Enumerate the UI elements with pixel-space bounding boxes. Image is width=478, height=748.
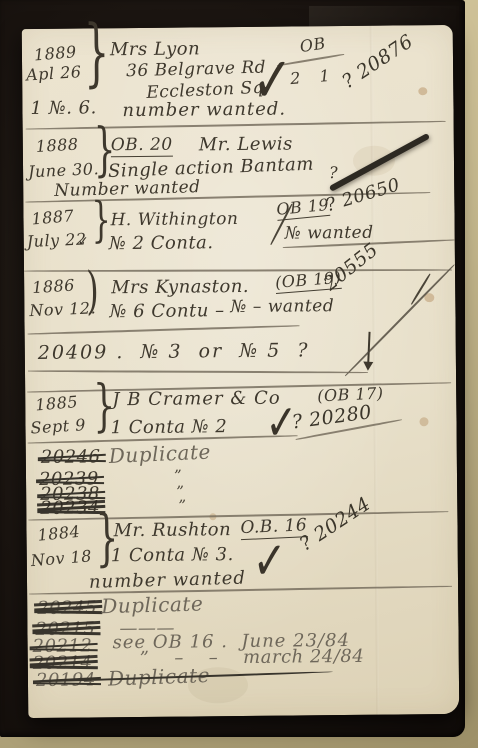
ruled-line <box>26 120 446 129</box>
entry-1884-description: 1 Conta № 3. <box>111 545 234 566</box>
query-row-text: 20409 . № 3 or № 5 ? <box>38 340 310 363</box>
struck-number: 20234 <box>40 498 100 518</box>
entry-1884-year: 1884 <box>37 523 81 545</box>
entry-1886-description: № 6 Contu – <box>109 301 224 322</box>
entry-1889-item-line: 1 №. 6. <box>30 98 97 118</box>
entry-1886-year: 1886 <box>32 276 76 296</box>
entry-1884-date: Nov 18 <box>30 547 92 569</box>
entry-1885-name: J B Cramer & Co <box>112 389 281 410</box>
entry-1889-catalog-denominator: 2 1 <box>290 66 338 87</box>
photograph-of-manuscript: 1889 Apl 26 } Mrs Lyon 36 Belgrave Rd Ec… <box>0 0 478 748</box>
duplicate-label: Duplicate <box>101 592 204 617</box>
brace-icon: } <box>84 11 110 96</box>
entry-1887-description: № 2 Conta. <box>109 233 214 254</box>
entry-1889-ref-number: ? 20876 <box>339 31 417 93</box>
duplicate-label: Duplicate <box>108 441 211 468</box>
checkmark-icon: ✓ <box>252 530 287 593</box>
entry-1886-ref-number: 20555 <box>320 239 382 295</box>
diagonal-stroke <box>344 264 454 376</box>
stain <box>418 87 427 95</box>
entry-1888-catalog: OB. 20 <box>111 136 173 157</box>
entry-1888-year: 1888 <box>35 135 79 155</box>
entry-1885-date: Sept 9 <box>30 416 86 437</box>
ruled-line <box>28 325 300 335</box>
entry-1887-year: 1887 <box>31 207 75 228</box>
entry-1889-year: 1889 <box>33 43 77 64</box>
entry-1887-catalog: OB 19 <box>276 196 330 221</box>
brace-icon: ) <box>86 260 99 321</box>
entry-1885-year: 1885 <box>35 393 79 414</box>
entry-1888-name: Mr. Lewis <box>199 134 293 155</box>
entry-1887-name: H. Withington <box>110 210 238 230</box>
small-tick-icon: ✓ <box>78 234 89 249</box>
entry-1889-date: Apl 26 <box>26 63 82 84</box>
entry-1888-description: Single action Bantam <box>108 155 314 182</box>
entry-1888-date: June 30. <box>28 160 100 181</box>
entry-1889-catalog-numerator: OB <box>299 34 327 55</box>
ditto-mark: ” <box>178 498 186 515</box>
entry-1885-description: 1 Conta № 2 <box>110 417 227 438</box>
manuscript-page: 1889 Apl 26 } Mrs Lyon 36 Belgrave Rd Ec… <box>22 25 460 718</box>
entry-1884-ref-number: ? 20244 <box>296 494 374 556</box>
entry-1886-name: Mrs Kynaston. <box>111 277 249 298</box>
entry-1885-catalog: (OB 17) <box>317 384 384 405</box>
entry-1889-item-note: number wanted. <box>122 100 286 121</box>
ruled-line <box>28 370 368 373</box>
entry-1885-ref-number: ? 20280 <box>291 402 373 433</box>
entry-1889-name: Mrs Lyon <box>110 39 200 60</box>
stain <box>419 417 428 426</box>
entry-1884-name: Mr. Rushton <box>113 520 231 541</box>
entry-1887-note: № wanted <box>285 224 374 244</box>
struck-number: 20246 <box>41 447 101 467</box>
entry-1888-query-mark: ? <box>329 164 338 182</box>
entry-1886-note: № – wanted <box>230 297 334 317</box>
struck-number: 20245 <box>37 598 97 618</box>
